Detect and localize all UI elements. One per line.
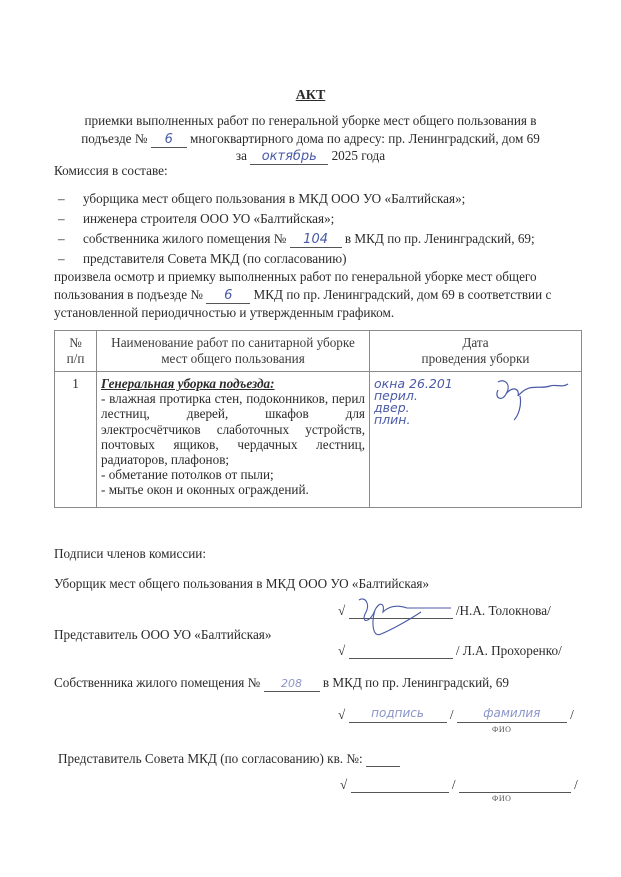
row-number: 1 xyxy=(55,372,97,508)
dash-bullet: – xyxy=(58,209,65,229)
fio-caption: ФИО xyxy=(492,725,511,734)
owner-signature-field[interactable]: подпись xyxy=(349,706,447,723)
period-prefix: за xyxy=(236,148,247,163)
result-entrance-field[interactable]: 6 xyxy=(206,289,250,304)
subtitle-line-2: подъезде № 6 многоквартирного дома по ад… xyxy=(0,131,621,148)
header-work-name-line-2: мест общего пользования xyxy=(101,351,365,367)
slash-separator: / xyxy=(570,707,574,722)
table-header-row: № п/п Наименование работ по санитарной у… xyxy=(55,331,582,372)
header-number-line-1: № xyxy=(59,335,92,351)
dash-bullet: – xyxy=(58,249,65,269)
row-item: - мытье окон и оконных ограждений. xyxy=(101,482,365,497)
member-item: – представителя Совета МКД (по согласова… xyxy=(54,249,594,269)
member-item: – инженера строителя ООО УО «Балтийская»… xyxy=(54,209,594,229)
result-line-3: установленной периодичностью и утвержден… xyxy=(54,304,584,322)
document-title: АКТ xyxy=(0,88,621,104)
period-suffix: 2025 года xyxy=(332,148,386,163)
member-text: инженера строителя ООО УО «Балтийская»; xyxy=(83,211,334,226)
header-number-line-2: п/п xyxy=(59,351,92,367)
uo-representative-label: Представитель ООО УО «Балтийская» xyxy=(54,627,271,643)
subtitle-line-2-suffix: многоквартирного дома по адресу: пр. Лен… xyxy=(190,131,540,146)
owner-label-suffix: в МКД по пр. Ленинградский, 69 xyxy=(323,675,509,690)
uo-signature-field[interactable] xyxy=(349,642,453,659)
commission-members-list: – уборщика мест общего пользования в МКД… xyxy=(54,189,594,269)
result-line-2: пользования в подъезде № 6 МКД по пр. Ле… xyxy=(54,286,584,304)
header-number: № п/п xyxy=(55,331,97,372)
works-table: № п/п Наименование работ по санитарной у… xyxy=(54,330,582,508)
slash-separator: / xyxy=(450,707,454,722)
header-date-line-1: Дата xyxy=(374,335,577,351)
slash-separator: / xyxy=(452,777,456,792)
owner-label: Собственника жилого помещения № 208 в МК… xyxy=(54,675,509,692)
cleaner-label: Уборщик мест общего пользования в МКД ОО… xyxy=(54,576,429,592)
owner-signature-row: √ подпись / фамилия / xyxy=(338,706,574,723)
owner-label-prefix: Собственника жилого помещения № xyxy=(54,675,260,690)
result-line-2-prefix: пользования в подъезде № xyxy=(54,287,203,302)
dash-bullet: – xyxy=(58,189,65,209)
council-signature-row: √ / / xyxy=(340,776,578,793)
member-text: представителя Совета МКД (по согласовани… xyxy=(83,251,346,266)
table-row: 1 Генеральная уборка подъезда: - влажная… xyxy=(55,372,582,508)
header-work-name-line-1: Наименование работ по санитарной уборке xyxy=(101,335,365,351)
row-date-cell[interactable]: окна 26.201 перил. двер. плин. xyxy=(370,372,582,508)
member-text-suffix: в МКД по пр. Ленинградский, 69; xyxy=(345,231,535,246)
member-item: – уборщика мест общего пользования в МКД… xyxy=(54,189,594,209)
row-item: - влажная протирка стен, подоконников, п… xyxy=(101,391,365,467)
check-mark: √ xyxy=(338,643,345,658)
fio-caption: ФИО xyxy=(492,794,511,803)
header-date-line-2: проведения уборки xyxy=(374,351,577,367)
council-apartment-field[interactable] xyxy=(366,754,400,767)
member-text-prefix: собственника жилого помещения № xyxy=(83,231,286,246)
entrance-number-field[interactable]: 6 xyxy=(151,133,187,148)
council-signature-field[interactable] xyxy=(351,776,449,793)
uo-signature-row: √ / Л.А. Прохоренко/ xyxy=(338,642,562,659)
handwritten-signature-icon xyxy=(490,376,570,422)
cleaner-signature-icon xyxy=(351,594,455,642)
owner-apartment-number-field[interactable]: 208 xyxy=(264,677,320,692)
row-heading: Генеральная уборка подъезда: xyxy=(101,376,365,391)
dash-bullet: – xyxy=(58,229,65,249)
header-work-name: Наименование работ по санитарной уборке … xyxy=(97,331,370,372)
uo-name: / Л.А. Прохоренко/ xyxy=(456,643,562,658)
slash-separator: / xyxy=(574,777,578,792)
cleaner-signature-field[interactable] xyxy=(349,602,453,619)
subtitle-line-1: приемки выполненных работ по генеральной… xyxy=(0,113,621,129)
period-month-field[interactable]: октябрь xyxy=(250,150,328,165)
check-mark: √ xyxy=(338,707,345,722)
council-fio-field[interactable] xyxy=(459,776,571,793)
result-line-2-suffix: МКД по пр. Ленинградский, дом 69 в соотв… xyxy=(254,287,552,302)
council-label: Представитель Совета МКД (по согласовани… xyxy=(58,751,363,766)
result-paragraph: произвела осмотр и приемку выполненных р… xyxy=(54,268,584,322)
row-item: - обметание потолков от пыли; xyxy=(101,467,365,482)
check-mark: √ xyxy=(338,603,345,618)
row-work-description: Генеральная уборка подъезда: - влажная п… xyxy=(97,372,370,508)
commission-label: Комиссия в составе: xyxy=(54,163,168,179)
member-text: уборщика мест общего пользования в МКД О… xyxy=(83,191,465,206)
subtitle-line-2-prefix: подъезде № xyxy=(81,131,147,146)
council-label-row: Представитель Совета МКД (по согласовани… xyxy=(58,751,400,767)
owner-fio-field[interactable]: фамилия xyxy=(457,706,567,723)
cleaner-name: /Н.А. Толокнова/ xyxy=(456,603,551,618)
header-date: Дата проведения уборки xyxy=(370,331,582,372)
check-mark: √ xyxy=(340,777,347,792)
cleaner-signature-row: √ /Н.А. Толокнова/ xyxy=(338,602,551,619)
owner-apartment-field[interactable]: 104 xyxy=(290,233,342,248)
signatures-heading: Подписи членов комиссии: xyxy=(54,546,206,562)
member-item: – собственника жилого помещения № 104 в … xyxy=(54,229,594,249)
result-line-1: произвела осмотр и приемку выполненных р… xyxy=(54,268,584,286)
